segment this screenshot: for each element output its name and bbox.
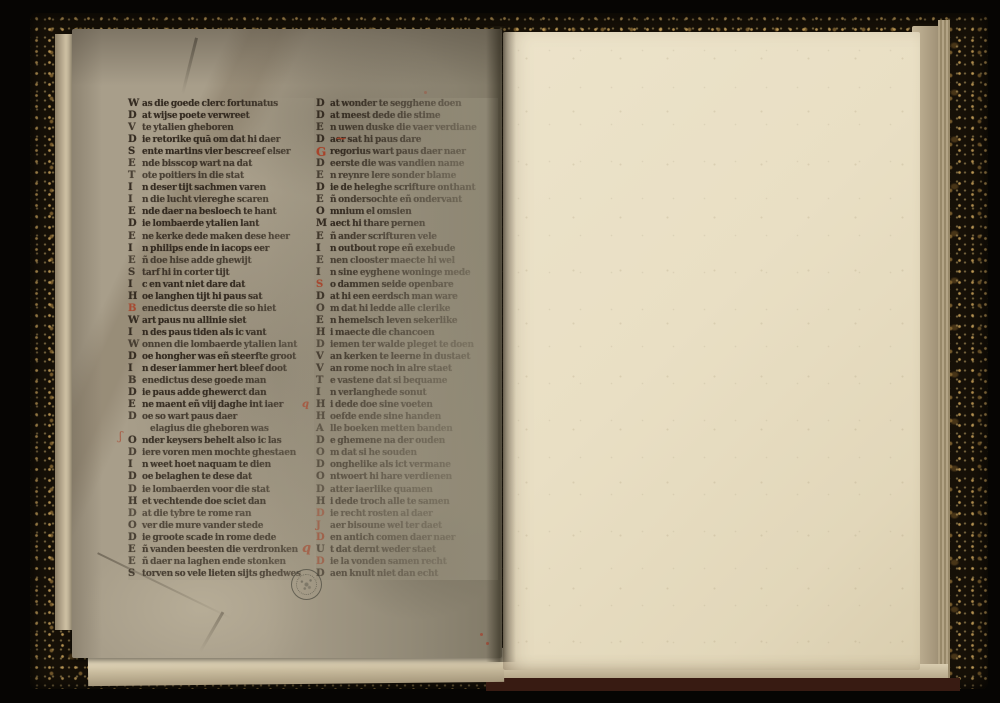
verse-line: Ene kerke dede maken dese heer bbox=[128, 231, 314, 243]
verse-text: ñ vanden beesten die verdronken bbox=[142, 544, 298, 556]
verse-line: Ende bisscop wart na dat bbox=[128, 158, 314, 170]
verse-line: En uwen duske die vaer verdiane bbox=[316, 122, 498, 134]
verse-line: In weet hoet naquam te dien bbox=[128, 459, 314, 471]
verse-line: De ghemene na der ouden bbox=[316, 435, 498, 447]
verse-text: te ytalien gheboren bbox=[142, 122, 234, 134]
verse-text: ñ daer na laghen ende stonken bbox=[142, 556, 286, 568]
verse-text: ie paus adde ghewerct dan bbox=[142, 387, 266, 399]
verse-line: Daer sat hi paus dare⁓ bbox=[316, 134, 498, 146]
initial-letter: D bbox=[316, 339, 328, 351]
verse-line: Om dat si he souden bbox=[316, 447, 498, 459]
verse-text: oe belaghen te dese dat bbox=[142, 471, 252, 483]
rubric-flourish: ⁓ bbox=[336, 134, 346, 146]
verse-line: Die la vonden samen recht bbox=[316, 556, 498, 568]
verse-text: n verlanghede sonut bbox=[330, 387, 426, 399]
initial-letter: M bbox=[316, 218, 328, 230]
initial-letter: D bbox=[316, 98, 328, 110]
verse-text: aect hi thare pernen bbox=[330, 218, 425, 230]
verse-text: aen knult niet dan echt bbox=[330, 568, 438, 580]
verse-text: iemen ter walde pleget te doen bbox=[330, 339, 474, 351]
verse-text: onghelike als ict vermane bbox=[330, 459, 451, 471]
initial-letter: B bbox=[128, 303, 140, 315]
verse-text: ie la vonden samen recht bbox=[330, 556, 447, 568]
verse-line: qUt dat dernt weder staet bbox=[316, 544, 498, 556]
verse-line: Ene maent eñ viij daghe int iaer bbox=[128, 399, 314, 411]
verse-line: qHi dede doe sine voeten bbox=[316, 399, 498, 411]
verse-text: n uwen duske die vaer verdiane bbox=[330, 122, 477, 134]
verse-line: Dat wonder te segghene doen bbox=[316, 98, 498, 110]
verse-line: In verlanghede sonut bbox=[316, 387, 498, 399]
verse-text: m dat hi ledde alle clerike bbox=[330, 303, 450, 315]
verse-text: oe hongher was eñ steerfte groot bbox=[142, 351, 296, 363]
verse-text: an rome noch in alre staet bbox=[330, 363, 452, 375]
verse-line: Omnium el omsien bbox=[316, 206, 498, 218]
verse-text: m dat si he souden bbox=[330, 447, 417, 459]
verse-line: Wart paus nu allinie siet bbox=[128, 315, 314, 327]
verse-text: ñ ander scrifturen vele bbox=[330, 231, 437, 243]
initial-letter: H bbox=[128, 496, 140, 508]
verse-line: Hi dede troch alle te samen bbox=[316, 496, 498, 508]
verse-text: aer bisoune wel ter daet bbox=[330, 520, 442, 532]
verse-text: at die tybre te rome ran bbox=[142, 508, 251, 520]
initial-letter: T bbox=[316, 375, 328, 387]
initial-letter: D bbox=[128, 471, 140, 483]
verse-text: enedictus dese goede man bbox=[142, 375, 266, 387]
verse-text: at wijse poete verwreet bbox=[142, 110, 250, 122]
red-margin-squiggle: ʃ bbox=[118, 429, 123, 443]
initial-letter: D bbox=[128, 447, 140, 459]
verse-line: Storven so vele lieten sijts ghedwes bbox=[128, 568, 314, 580]
initial-letter: W bbox=[128, 339, 140, 351]
initial-letter: O bbox=[316, 471, 328, 483]
verse-text: n hemelsch leven sekerlike bbox=[330, 315, 457, 327]
verse-line: Datter iaerlike quamen bbox=[316, 484, 498, 496]
verse-line: Enen clooster maecte hi wel bbox=[316, 255, 498, 267]
verse-text: n des paus tiden als ic vant bbox=[142, 327, 266, 339]
verse-line: Ontwoert hi hare verdienen bbox=[316, 471, 498, 483]
initial-letter: U bbox=[316, 544, 328, 556]
verse-line: Eñ doe hise adde ghewijt bbox=[128, 255, 314, 267]
verse-line: Diere voren men mochte ghestaen bbox=[128, 447, 314, 459]
verse-line: Dat meest dede die stime bbox=[316, 110, 498, 122]
verse-line: elagius die gheboren was bbox=[128, 423, 314, 435]
verse-text: atter iaerlike quamen bbox=[330, 484, 433, 496]
initial-letter: O bbox=[316, 206, 328, 218]
verse-text: i dede troch alle te samen bbox=[330, 496, 450, 508]
initial-letter: E bbox=[316, 170, 328, 182]
verse-text: ie retorike quā om dat hi daer bbox=[142, 134, 280, 146]
verse-line: Benedictus deerste die so hiet bbox=[128, 303, 314, 315]
initial-letter: D bbox=[316, 182, 328, 194]
verse-line: Onder keysers behelt also ic las bbox=[128, 435, 314, 447]
initial-letter: I bbox=[128, 279, 140, 291]
verse-line: Eñ ondersochte eñ ondervant bbox=[316, 194, 498, 206]
verse-line: Die lombaerde ytalien lant bbox=[128, 218, 314, 230]
initial-letter: H bbox=[316, 496, 328, 508]
initial-letter: I bbox=[128, 243, 140, 255]
verse-line: Hoe langhen tijt hi paus sat bbox=[128, 291, 314, 303]
verse-line: Vte ytalien gheboren bbox=[128, 122, 314, 134]
initial-letter: D bbox=[128, 110, 140, 122]
initial-letter: O bbox=[128, 520, 140, 532]
initial-letter: O bbox=[316, 303, 328, 315]
verse-text: ie lombaerden voor die stat bbox=[142, 484, 270, 496]
initial-letter: S bbox=[128, 146, 140, 158]
verse-line: Die de heleghe scrifture onthant bbox=[316, 182, 498, 194]
verse-text: e vastene dat si bequame bbox=[330, 375, 447, 387]
verse-line: Gregorius wart paus daer naer bbox=[316, 146, 498, 158]
verse-line: In des paus tiden als ic vant bbox=[128, 327, 314, 339]
verse-line: Die recht rosten al daer bbox=[316, 508, 498, 520]
verse-line: Donghelike als ict vermane bbox=[316, 459, 498, 471]
initial-letter: D bbox=[316, 532, 328, 544]
pilcrow-mark: q bbox=[302, 543, 311, 555]
initial-letter: I bbox=[128, 194, 140, 206]
verse-text: nen clooster maecte hi wel bbox=[330, 255, 455, 267]
initial-letter: D bbox=[128, 411, 140, 423]
manuscript-photograph: Was die goede clerc fortunatusDat wijse … bbox=[0, 0, 1000, 703]
verse-line: Over die mure vander stede bbox=[128, 520, 314, 532]
verse-line: In outbout rope eñ exebude bbox=[316, 243, 498, 255]
initial-letter: D bbox=[316, 556, 328, 568]
initial-letter: I bbox=[316, 387, 328, 399]
initial-letter: D bbox=[316, 110, 328, 122]
initial-letter: H bbox=[316, 327, 328, 339]
initial-letter: W bbox=[128, 98, 140, 110]
initial-letter: H bbox=[128, 291, 140, 303]
verse-line: Benedictus dese goede man bbox=[128, 375, 314, 387]
initial-letter: I bbox=[128, 363, 140, 375]
verse-line: Die groote scade in rome dede bbox=[128, 532, 314, 544]
initial-letter: D bbox=[128, 387, 140, 399]
verse-text: ente martins vier bescreef elser bbox=[142, 146, 290, 158]
verse-line: En hemelsch leven sekerlike bbox=[316, 315, 498, 327]
library-stamp bbox=[291, 569, 322, 600]
initial-letter: W bbox=[128, 315, 140, 327]
verse-text: nder keysers behelt also ic las bbox=[142, 435, 281, 447]
red-ink-speck bbox=[480, 633, 483, 636]
verse-line: Te vastene dat si bequame bbox=[316, 375, 498, 387]
verse-text: ver die mure vander stede bbox=[142, 520, 263, 532]
verse-text: n weet hoet naquam te dien bbox=[142, 459, 271, 471]
initial-letter: V bbox=[316, 351, 328, 363]
verse-text: oe so wart paus daer bbox=[142, 411, 237, 423]
verse-text: ie groote scade in rome dede bbox=[142, 532, 276, 544]
verse-text: ie recht rosten al daer bbox=[330, 508, 433, 520]
initial-letter: H bbox=[316, 399, 328, 411]
blank-right-page bbox=[503, 32, 920, 670]
verse-text: e ghemene na der ouden bbox=[330, 435, 445, 447]
initial-letter: E bbox=[128, 231, 140, 243]
initial-letter: D bbox=[316, 484, 328, 496]
initial-letter: D bbox=[128, 508, 140, 520]
verse-line: In deser tijt sachmen varen bbox=[128, 182, 314, 194]
gutter-shadow bbox=[486, 26, 516, 662]
verse-line: Deerste die was vandien name bbox=[316, 158, 498, 170]
initial-letter: D bbox=[316, 435, 328, 447]
initial-letter: E bbox=[316, 255, 328, 267]
parchment-left-page: Was die goede clerc fortunatusDat wijse … bbox=[72, 29, 502, 658]
text-column-left: Was die goede clerc fortunatusDat wijse … bbox=[128, 98, 314, 580]
initial-letter: E bbox=[316, 315, 328, 327]
verse-text: as die goede clerc fortunatus bbox=[142, 98, 278, 110]
verse-line: Van kerken te leerne in dustaet bbox=[316, 351, 498, 363]
initial-letter: S bbox=[316, 279, 328, 291]
verse-line: Maect hi thare pernen bbox=[316, 218, 498, 230]
parchment-crease bbox=[181, 37, 198, 94]
verse-line: In die lucht viereghe scaren bbox=[128, 194, 314, 206]
initial-letter: I bbox=[316, 243, 328, 255]
initial-letter: D bbox=[316, 508, 328, 520]
verse-text: an kerken te leerne in dustaet bbox=[330, 351, 470, 363]
initial-letter: E bbox=[128, 158, 140, 170]
verse-line: Was die goede clerc fortunatus bbox=[128, 98, 314, 110]
verse-text: iere voren men mochte ghestaen bbox=[142, 447, 296, 459]
verse-text: ote poitiers in die stat bbox=[142, 170, 244, 182]
verse-line: Daen knult niet dan echt bbox=[316, 568, 498, 580]
verse-line: Den antich comen daer naer bbox=[316, 532, 498, 544]
verse-line: Starf hi in corter tijt bbox=[128, 267, 314, 279]
verse-line: Dat hi een eerdsch man ware bbox=[316, 291, 498, 303]
verse-text: elagius die gheboren was bbox=[150, 423, 269, 435]
verse-text: tarf hi in corter tijt bbox=[142, 267, 229, 279]
parchment-crease bbox=[199, 611, 225, 652]
initial-letter: V bbox=[316, 363, 328, 375]
initial-letter: I bbox=[316, 267, 328, 279]
initial-letter: O bbox=[316, 447, 328, 459]
verse-line: Eñ daer na laghen ende stonken bbox=[128, 556, 314, 568]
verse-line: Tote poitiers in die stat bbox=[128, 170, 314, 182]
verse-line: Dat die tybre te rome ran bbox=[128, 508, 314, 520]
initial-letter: A bbox=[316, 423, 328, 435]
verse-text: oe langhen tijt hi paus sat bbox=[142, 291, 262, 303]
initial-letter: D bbox=[316, 291, 328, 303]
initial-letter: O bbox=[128, 435, 140, 447]
verse-line: Hi maecte die chancoen bbox=[316, 327, 498, 339]
initial-letter: E bbox=[316, 194, 328, 206]
verse-line: Om dat hi ledde alle clerike bbox=[316, 303, 498, 315]
verse-line: Dat wijse poete verwreet bbox=[128, 110, 314, 122]
verse-text: n deser iammer hert bleef doot bbox=[142, 363, 287, 375]
verse-text: ñ ondersochte eñ ondervant bbox=[330, 194, 462, 206]
initial-letter: D bbox=[128, 484, 140, 496]
verse-text: mnium el omsien bbox=[330, 206, 412, 218]
initial-letter: D bbox=[316, 459, 328, 471]
verse-line: Doe hongher was eñ steerfte groot bbox=[128, 351, 314, 363]
initial-letter: E bbox=[128, 399, 140, 411]
initial-letter: D bbox=[316, 158, 328, 170]
verse-text: t dat dernt weder staet bbox=[330, 544, 436, 556]
verse-text: oefde ende sine handen bbox=[330, 411, 441, 423]
fore-edge-page-layers bbox=[938, 20, 950, 686]
verse-text: at meest dede die stime bbox=[330, 110, 440, 122]
verse-line: In philips ende in iacops eer bbox=[128, 243, 314, 255]
verse-line: En reynre lere sonder blame bbox=[316, 170, 498, 182]
verse-text: n outbout rope eñ exebude bbox=[330, 243, 455, 255]
verse-line: Hoefde ende sine handen bbox=[316, 411, 498, 423]
red-ink-speck bbox=[424, 91, 427, 94]
verse-text: n sine eyghene woninge mede bbox=[330, 267, 470, 279]
initial-letter: I bbox=[128, 327, 140, 339]
verse-line: Die lombaerden voor die stat bbox=[128, 484, 314, 496]
verse-line: Van rome noch in alre staet bbox=[316, 363, 498, 375]
verse-line: Het vechtende doe sciet dan bbox=[128, 496, 314, 508]
verse-text: n die lucht viereghe scaren bbox=[142, 194, 269, 206]
initial-letter: D bbox=[128, 351, 140, 363]
verse-text: o dammen seide openbare bbox=[330, 279, 453, 291]
verse-line: So dammen seide openbare bbox=[316, 279, 498, 291]
initial-letter: I bbox=[128, 459, 140, 471]
initial-letter: E bbox=[316, 231, 328, 243]
verse-text: art paus nu allinie siet bbox=[142, 315, 246, 327]
verse-line: Jaer bisoune wel ter daet bbox=[316, 520, 498, 532]
verse-text: ne kerke dede maken dese heer bbox=[142, 231, 290, 243]
text-column-right: Dat wonder te segghene doenDat meest ded… bbox=[316, 98, 498, 580]
verse-line: Alle boeken metten banden bbox=[316, 423, 498, 435]
verse-line: In deser iammer hert bleef doot bbox=[128, 363, 314, 375]
initial-letter: V bbox=[128, 122, 140, 134]
pilcrow-mark: q bbox=[302, 399, 309, 411]
verse-text: ntwoert hi hare verdienen bbox=[330, 471, 452, 483]
verse-line: Doe so wart paus daer bbox=[128, 411, 314, 423]
verse-line: Doe belaghen te dese dat bbox=[128, 471, 314, 483]
verse-text: ñ doe hise adde ghewijt bbox=[142, 255, 251, 267]
verse-text: enedictus deerste die so hiet bbox=[142, 303, 276, 315]
initial-letter: B bbox=[128, 375, 140, 387]
board-edge-strip bbox=[486, 678, 960, 691]
verse-line: Diemen ter walde pleget te doen bbox=[316, 339, 498, 351]
verse-text: eerste die was vandien name bbox=[330, 158, 464, 170]
initial-letter: J bbox=[316, 520, 328, 532]
initial-letter: T bbox=[128, 170, 140, 182]
initial-letter: G bbox=[316, 146, 328, 158]
verse-line: Wonnen die lombaerde ytalien lant bbox=[128, 339, 314, 351]
verse-text: nde daer na besloech te hant bbox=[142, 206, 276, 218]
verse-text: lle boeken metten banden bbox=[330, 423, 453, 435]
initial-letter: E bbox=[316, 122, 328, 134]
verse-text: nde bisscop wart na dat bbox=[142, 158, 252, 170]
initial-letter: S bbox=[128, 568, 140, 580]
verse-text: ie lombaerde ytalien lant bbox=[142, 218, 259, 230]
verse-line: Die retorike quā om dat hi daer bbox=[128, 134, 314, 146]
verse-text: c en vant niet dare dat bbox=[142, 279, 245, 291]
verse-text: at hi een eerdsch man ware bbox=[330, 291, 458, 303]
verse-line: Die paus adde ghewerct dan bbox=[128, 387, 314, 399]
initial-letter: E bbox=[128, 255, 140, 267]
verse-line: Eñ ander scrifturen vele bbox=[316, 231, 498, 243]
initial-letter: D bbox=[128, 532, 140, 544]
verse-text: i maecte die chancoen bbox=[330, 327, 435, 339]
verse-text: ie de heleghe scrifture onthant bbox=[330, 182, 475, 194]
initial-letter: E bbox=[128, 556, 140, 568]
initial-letter: E bbox=[128, 206, 140, 218]
initial-letter: D bbox=[128, 218, 140, 230]
verse-line: Eñ vanden beesten die verdronken bbox=[128, 544, 314, 556]
initial-letter: D bbox=[128, 134, 140, 146]
verse-text: onnen die lombaerde ytalien lant bbox=[142, 339, 297, 351]
verse-line: In sine eyghene woninge mede bbox=[316, 267, 498, 279]
verse-line: Sente martins vier bescreef elser bbox=[128, 146, 314, 158]
verse-text: i dede doe sine voeten bbox=[330, 399, 433, 411]
verse-text: at wonder te segghene doen bbox=[330, 98, 461, 110]
initial-letter: S bbox=[128, 267, 140, 279]
verse-text: et vechtende doe sciet dan bbox=[142, 496, 266, 508]
verse-text: torven so vele lieten sijts ghedwes bbox=[142, 568, 301, 580]
verse-text: n deser tijt sachmen varen bbox=[142, 182, 266, 194]
verse-line: Ende daer na besloech te hant bbox=[128, 206, 314, 218]
verse-text: en antich comen daer naer bbox=[330, 532, 455, 544]
verse-text: regorius wart paus daer naer bbox=[330, 146, 466, 158]
verse-text: ne maent eñ viij daghe int iaer bbox=[142, 399, 283, 411]
initial-letter: E bbox=[128, 544, 140, 556]
verse-text: n philips ende in iacops eer bbox=[142, 243, 269, 255]
verse-line: Ic en vant niet dare dat bbox=[128, 279, 314, 291]
initial-letter: I bbox=[128, 182, 140, 194]
initial-letter: H bbox=[316, 411, 328, 423]
verse-text: n reynre lere sonder blame bbox=[330, 170, 456, 182]
